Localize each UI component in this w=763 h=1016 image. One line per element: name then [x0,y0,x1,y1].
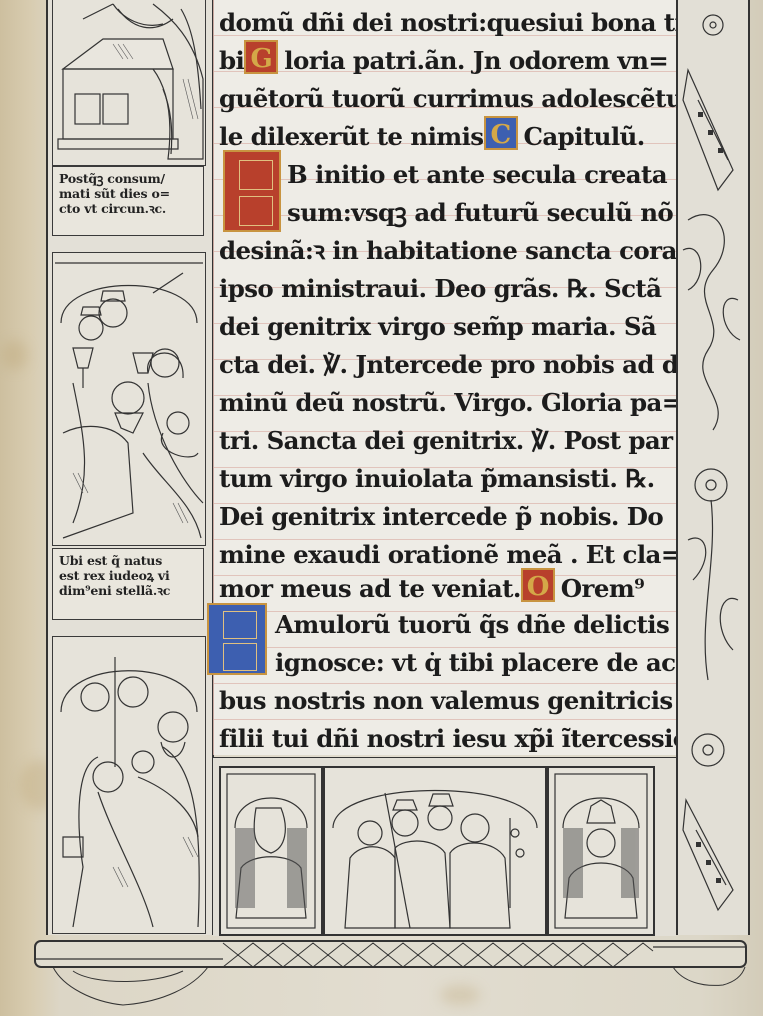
text-line-content: Dei genitrix intercede p̃ nobis. Do [219,504,663,530]
rubric-initial-red: O [521,568,555,602]
text-line-content: Amulorũ tuorũ q̃s dñe delictis [275,612,669,638]
large-initial-red-a [223,150,281,232]
caption-circumcision: Postq̃ꝫ consum/ mati sũt dies o= cto vt … [52,166,204,236]
initial-panel [223,611,257,639]
text-line-content: tri. Sancta dei genitrix. ℣. Post par [219,428,672,454]
foxing-stain [2,340,28,370]
bottom-woodcut-strip [213,757,676,936]
text-line-content: desinã:ꝛ in habitatione sancta coraꝫ [219,238,689,264]
text-line-content: guẽtorũ tuorũ currimus adolescẽtu= [219,86,703,112]
text-line: Amulorũ tuorũ q̃s dñe delictis [275,602,672,638]
text-line-content: Capitulũ. [524,124,645,150]
text-line: minũ deũ nostrũ. Virgo. Gloria pa= [219,380,672,416]
caption-line: mati sũt dies o= [59,186,197,201]
text-line: cta dei. ℣. Jntercede pro nobis ad do= [219,342,672,378]
initial-panel [239,196,273,226]
text-line-content: filii tui dñi nostri iesu xp̃i ĩtercessi… [219,726,708,752]
text-line-content: ignosce: vt q̇ tibi placere de acti [275,650,695,676]
foliage-border-icon [678,0,748,935]
group-of-men-icon [325,768,545,934]
caption-line: dim⁹eni stellã.ꝛc [59,583,197,598]
text-line: bus nostris non valemus genitricis [219,678,672,714]
woodcut-adoration-of-magi [52,252,206,546]
text-line-content: tum virgo inuiolata p̃mansisti. ℞. [219,466,655,492]
text-line-content: minũ deũ nostrũ. Virgo. Gloria pa= [219,390,682,416]
prophet-figure-icon [221,768,321,934]
text-line: dei genitrix virgo sem̃p maria. Sã [219,304,672,340]
rubric-initial-red: G [244,40,278,74]
prophet-figure-icon [549,768,653,934]
text-line: le dilexerũt te nimis C Capitulũ. [219,114,672,150]
text-line-content: B initio et ante secula creata [287,162,667,188]
woodcut-presentation [52,636,206,934]
caption-line: cto vt circun.ꝛc. [59,201,197,216]
text-line: mor meus ad te veniat. O Orem⁹ [219,566,672,602]
text-line: ignosce: vt q̇ tibi placere de acti [275,640,672,676]
text-line-content: sum:vsqꝫ ad futurũ seculũ nõ [287,200,673,226]
woodcut-magi-icon [53,253,205,545]
architectural-base-border [33,937,748,1007]
rubric-initial-blue: C [484,116,518,150]
woodcut-holy-family-icon [53,637,205,933]
text-line: guẽtorũ tuorũ currimus adolescẽtu= [219,76,672,112]
text-line-content: dei genitrix virgo sem̃p maria. Sã [219,314,656,340]
text-line: desinã:ꝛ in habitatione sancta coraꝫ [219,228,672,264]
book-page: Postq̃ꝫ consum/ mati sũt dies o= cto vt … [0,0,763,1016]
diaper-pattern-icon [33,937,748,1007]
woodcut-altar-scene-icon [53,0,205,165]
text-line-prefix: bi [219,48,244,74]
text-line: tum virgo inuiolata p̃mansisti. ℞. [219,456,672,492]
initial-panel [239,160,273,190]
text-line-content: Orem⁹ [561,576,645,602]
woodcut-group-under-arch [323,766,547,936]
text-line: bi G loria patri.ãn. Jn odorem vn= [219,38,672,74]
text-line-content: ipso ministraui. Deo grãs. ℞. Sctã [219,276,661,302]
text-line: domũ dñi dei nostri:quesiui bona ti= [219,0,672,36]
large-initial-blue-f [207,603,267,675]
text-line-content: cta dei. ℣. Jntercede pro nobis ad do= [219,352,714,378]
text-line: filii tui dñi nostri iesu xp̃i ĩtercessi… [219,716,672,752]
text-line-prefix: le dilexerũt te nimis [219,124,484,150]
text-line-prefix: mor meus ad te veniat. [219,576,521,602]
text-line-content: bus nostris non valemus genitricis [219,688,673,714]
text-line-content: mine exaudi orationẽ meã . Et cla= [219,542,681,568]
caption-magi: Ubi est q̃ natus est rex iudeoꝝ vi dim⁹e… [52,548,204,620]
text-line: ipso ministraui. Deo grãs. ℞. Sctã [219,266,672,302]
text-block: domũ dñi dei nostri:quesiui bona ti= bi … [213,0,678,755]
woodcut-crowned-prophet [547,766,655,936]
text-line: sum:vsqꝫ ad futurũ seculũ nõ [287,190,672,226]
caption-line: Ubi est q̃ natus [59,553,197,568]
woodcut-circumcision [52,0,206,166]
text-line: Dei genitrix intercede p̃ nobis. Do [219,494,672,530]
left-woodcut-column: Postq̃ꝫ consum/ mati sũt dies o= cto vt … [46,0,214,935]
text-line: B initio et ante secula creata [287,152,672,188]
woodcut-hooded-prophet [219,766,323,936]
initial-panel [223,643,257,671]
text-line-content: loria patri.ãn. Jn odorem vn= [284,48,668,74]
text-line: tri. Sancta dei genitrix. ℣. Post par [219,418,672,454]
right-ornamental-border [676,0,750,935]
caption-line: est rex iudeoꝝ vi [59,568,197,583]
caption-line: Postq̃ꝫ consum/ [59,171,197,186]
text-line-content: domũ dñi dei nostri:quesiui bona ti= [219,10,703,36]
text-line: mine exaudi orationẽ meã . Et cla= [219,532,672,568]
